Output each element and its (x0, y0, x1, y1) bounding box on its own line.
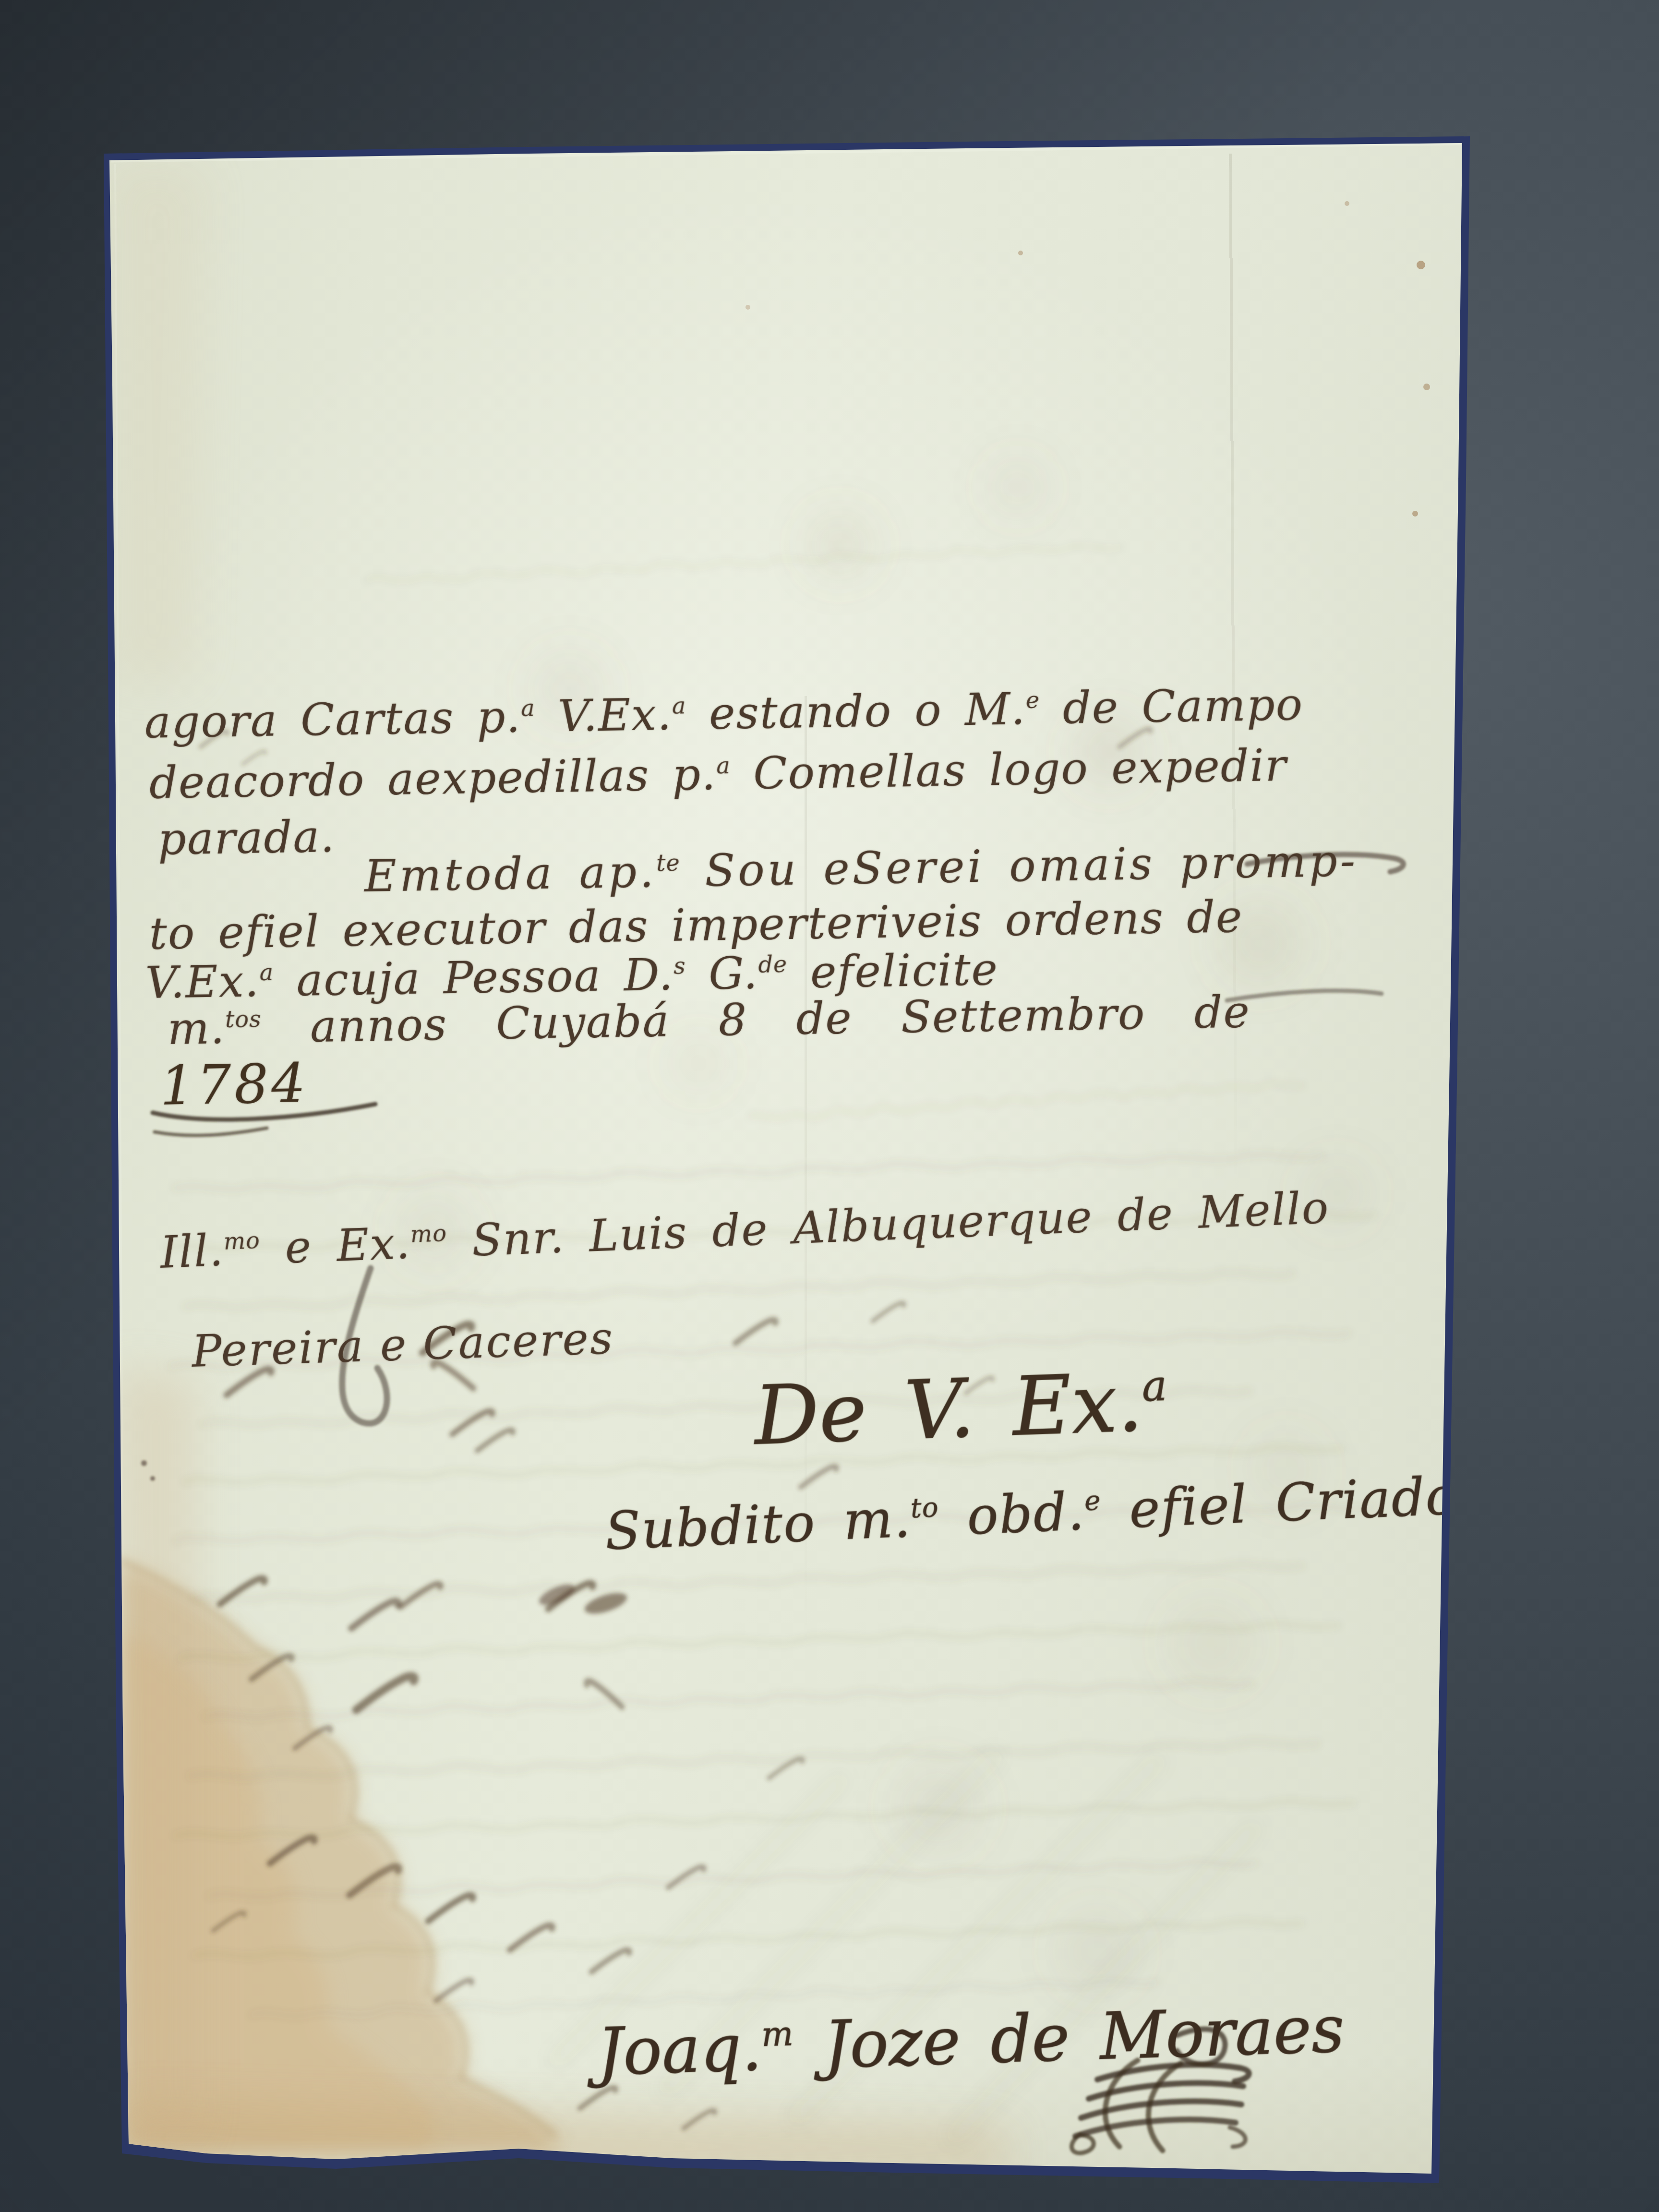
photo-vignette (0, 0, 1659, 2212)
photo-backdrop: agora Cartas p.a V.Ex.a estando o M.e de… (0, 0, 1659, 2212)
